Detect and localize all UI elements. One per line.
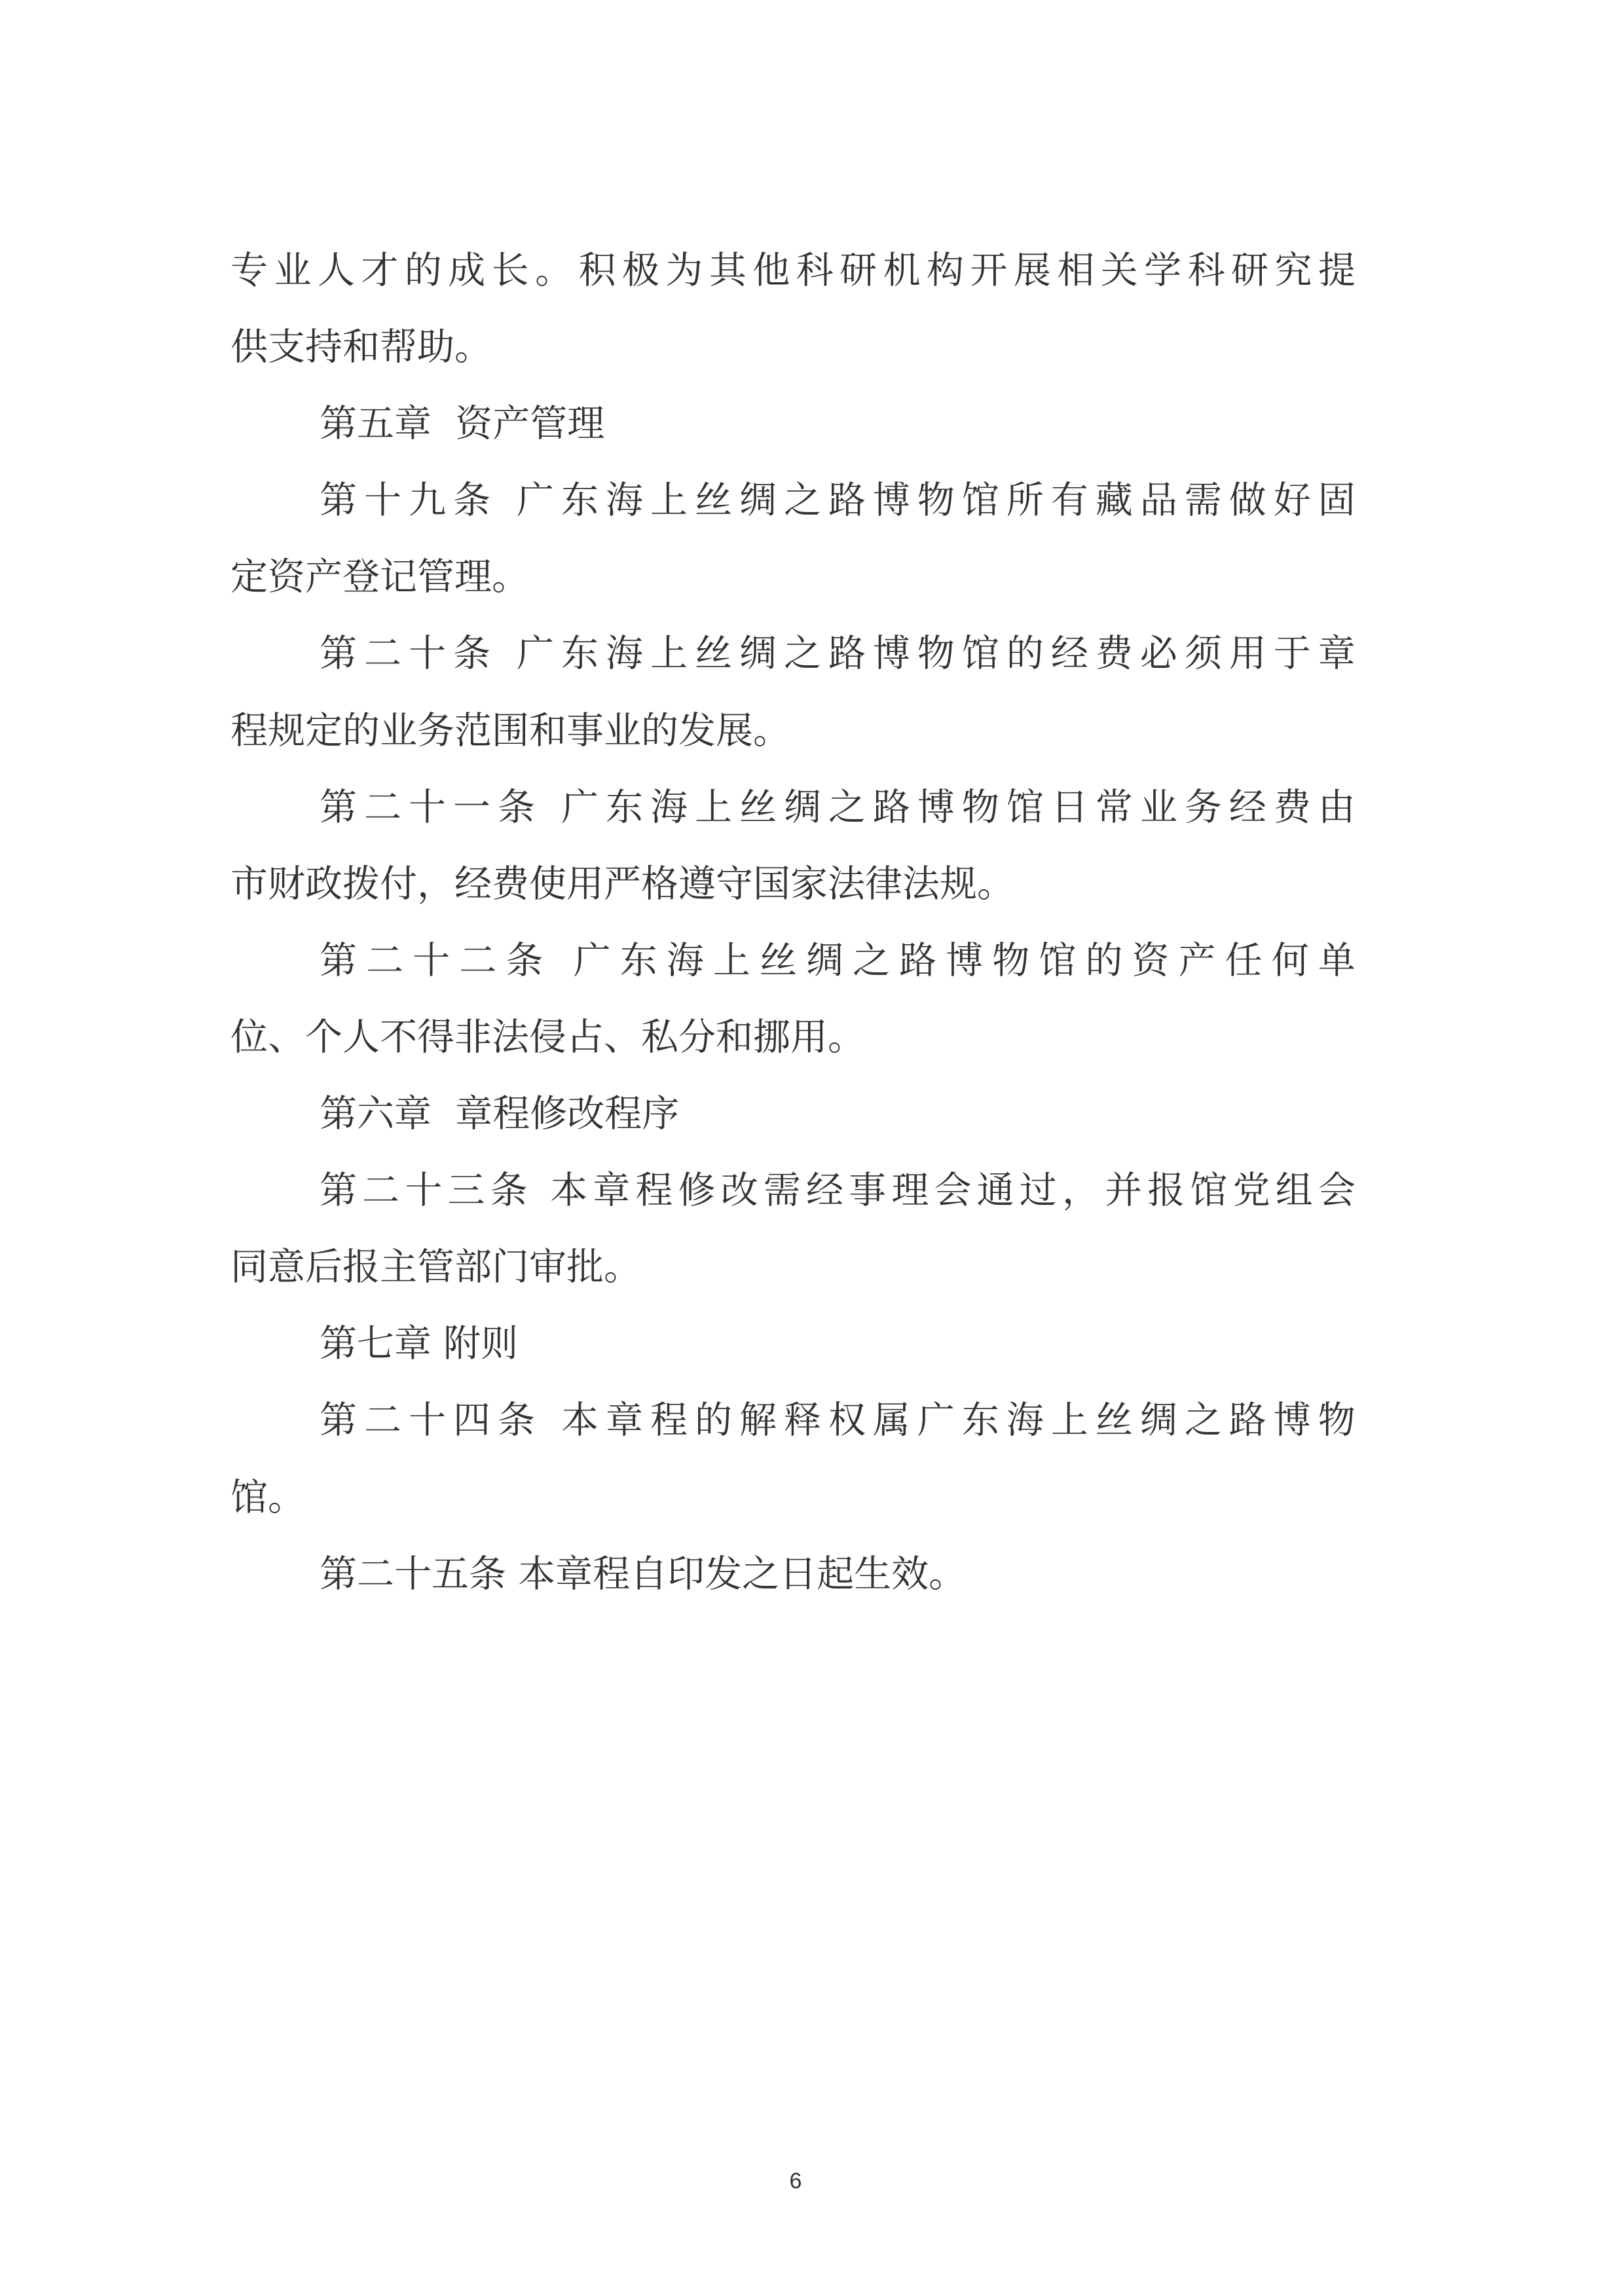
glyph (498, 473, 509, 550)
glyph: 并 (1105, 1164, 1142, 1240)
body-text: 专业人才的成长。积极为其他科研机构开展相关学科研究提 供支持和帮助。 第五章 资… (231, 244, 1356, 1624)
glyph: 丝 (1096, 1393, 1133, 1470)
glyph: 本 (561, 1393, 599, 1470)
glyph: 常 (1096, 780, 1133, 857)
glyph (533, 1164, 545, 1240)
glyph: 东 (620, 934, 657, 1010)
glyph: 章 (1318, 627, 1356, 703)
article-line: 第十九条 广东海上丝绸之路博物馆所有藏品需做好固 (231, 473, 1356, 550)
glyph: 博 (1274, 1393, 1311, 1470)
glyph: 二 (362, 1164, 399, 1240)
glyph: 学 (1144, 244, 1181, 320)
glyph: 相 (1057, 244, 1094, 320)
glyph: 路 (828, 473, 866, 550)
glyph: 博 (873, 473, 910, 550)
glyph: 博 (946, 934, 983, 1010)
glyph: 品 (1140, 473, 1177, 550)
glyph (542, 1393, 554, 1470)
glyph: 二 (459, 934, 496, 1010)
glyph: 报 (1147, 1164, 1185, 1240)
glyph: 九 (409, 473, 446, 550)
glyph: 第 (320, 780, 357, 857)
glyph: 路 (828, 627, 866, 703)
glyph: 海 (606, 473, 643, 550)
glyph: 。 (535, 244, 572, 320)
glyph: 章 (593, 1164, 630, 1240)
glyph: 为 (665, 244, 703, 320)
glyph: 关 (1101, 244, 1138, 320)
glyph: 本 (550, 1164, 587, 1240)
glyph: 博 (917, 780, 955, 857)
article-line: 第二十四条 本章程的解释权属广东海上丝绸之路博物 (231, 1393, 1356, 1470)
glyph: 其 (709, 244, 747, 320)
glyph: 物 (1318, 1393, 1356, 1470)
glyph: 第 (320, 934, 357, 1010)
glyph: 经 (806, 1164, 843, 1240)
glyph: 上 (650, 627, 688, 703)
chapter-heading: 第六章 章程修改程序 (231, 1087, 1356, 1164)
glyph: 藏 (1096, 473, 1133, 550)
glyph: 组 (1276, 1164, 1313, 1240)
glyph: 十 (413, 934, 450, 1010)
glyph: 固 (1318, 473, 1356, 550)
glyph: 十 (364, 473, 401, 550)
glyph: 条 (506, 934, 543, 1010)
document-page: 专业人才的成长。积极为其他科研机构开展相关学科研究提 供支持和帮助。 第五章 资… (0, 0, 1624, 2295)
glyph: 用 (1229, 627, 1266, 703)
glyph: 绸 (806, 934, 843, 1010)
glyph: 才 (361, 244, 398, 320)
glyph: 章 (606, 1393, 643, 1470)
glyph: 事 (849, 1164, 886, 1240)
glyph: 绸 (784, 780, 821, 857)
glyph: 馆 (1006, 780, 1044, 857)
glyph: 条 (498, 1393, 535, 1470)
glyph: 物 (917, 473, 955, 550)
glyph: 物 (917, 627, 955, 703)
glyph: 路 (873, 780, 910, 857)
glyph: 十 (409, 780, 446, 857)
glyph: 构 (927, 244, 964, 320)
glyph: 博 (873, 627, 910, 703)
glyph: 四 (453, 1393, 490, 1470)
glyph: 馆 (1039, 934, 1076, 1010)
glyph: 绸 (739, 627, 777, 703)
page-number: 6 (783, 2169, 809, 2194)
glyph: 成 (448, 244, 485, 320)
glyph: 必 (1140, 627, 1177, 703)
glyph: 之 (828, 780, 866, 857)
glyph: 须 (1185, 627, 1222, 703)
glyph: 日 (1051, 780, 1088, 857)
glyph: ， (1062, 1164, 1099, 1240)
glyph: 提 (1318, 244, 1356, 320)
glyph: 之 (784, 627, 821, 703)
glyph: 科 (1188, 244, 1225, 320)
glyph: 过 (1020, 1164, 1057, 1240)
glyph: 丝 (760, 934, 797, 1010)
glyph: 任 (1225, 934, 1263, 1010)
glyph: 条 (453, 473, 490, 550)
glyph: 何 (1272, 934, 1309, 1010)
glyph: 长 (492, 244, 529, 320)
glyph: 物 (962, 780, 999, 857)
glyph: 做 (1229, 473, 1266, 550)
glyph: 业 (274, 244, 311, 320)
text-line: 同意后报主管部门审批。 (231, 1240, 1356, 1317)
glyph: 第 (320, 1393, 357, 1470)
glyph: 海 (606, 627, 643, 703)
text-line: 专业人才的成长。积极为其他科研机构开展相关学科研究提 (231, 244, 1356, 320)
glyph: 条 (498, 780, 535, 857)
glyph: 上 (695, 780, 732, 857)
glyph: 广 (917, 1393, 955, 1470)
glyph (552, 934, 564, 1010)
glyph: 需 (1185, 473, 1222, 550)
glyph: 二 (364, 627, 401, 703)
glyph: 第 (320, 473, 357, 550)
glyph: 通 (977, 1164, 1014, 1240)
glyph: 馆 (962, 473, 999, 550)
glyph: 十 (409, 627, 446, 703)
glyph: 的 (695, 1393, 732, 1470)
glyph: 机 (883, 244, 921, 320)
glyph: 人 (318, 244, 355, 320)
glyph: 广 (517, 473, 554, 550)
glyph: 广 (561, 780, 599, 857)
glyph: 馆 (1190, 1164, 1227, 1240)
glyph: 十 (405, 1164, 442, 1240)
glyph: 海 (667, 934, 704, 1010)
glyph: 海 (1006, 1393, 1044, 1470)
glyph: 究 (1275, 244, 1312, 320)
glyph: 开 (970, 244, 1007, 320)
text-line: 位、个人不得非法侵占、私分和挪用。 (231, 1010, 1356, 1087)
glyph: 属 (873, 1393, 910, 1470)
glyph: 经 (1051, 627, 1088, 703)
text-line: 市财政拨付，经费使用严格遵守国家法律法规。 (231, 857, 1356, 934)
glyph: 上 (713, 934, 750, 1010)
glyph: 好 (1274, 473, 1311, 550)
glyph: 广 (574, 934, 611, 1010)
glyph: 二 (366, 934, 403, 1010)
glyph: 上 (650, 473, 688, 550)
glyph: 会 (1318, 1164, 1356, 1240)
glyph: 经 (1229, 780, 1266, 857)
glyph: 路 (899, 934, 936, 1010)
glyph: 资 (1132, 934, 1170, 1010)
glyph: 绸 (1140, 1393, 1177, 1470)
glyph: 有 (1051, 473, 1088, 550)
glyph: 极 (622, 244, 659, 320)
glyph: 三 (447, 1164, 485, 1240)
glyph: 绸 (739, 473, 777, 550)
glyph: 的 (1085, 934, 1122, 1010)
glyph: 二 (364, 1393, 401, 1470)
article-line: 第二十一条 广东海上丝绸之路博物馆日常业务经费由 (231, 780, 1356, 857)
glyph (498, 627, 509, 703)
glyph: 费 (1096, 627, 1133, 703)
glyph: 费 (1274, 780, 1311, 857)
article-line: 第二十三条 本章程修改需经事理会通过，并报馆党组会 (231, 1164, 1356, 1240)
glyph: 之 (1185, 1393, 1222, 1470)
glyph: 科 (796, 244, 834, 320)
chapter-heading: 第七章 附则 (231, 1317, 1356, 1393)
glyph: 程 (650, 1393, 688, 1470)
glyph: 释 (784, 1393, 821, 1470)
glyph: 上 (1051, 1393, 1088, 1470)
glyph: 所 (1006, 473, 1044, 550)
glyph: 改 (721, 1164, 758, 1240)
text-line: 供支持和帮助。 (231, 320, 1356, 397)
glyph: 程 (635, 1164, 673, 1240)
glyph: 产 (1179, 934, 1216, 1010)
glyph: 之 (784, 473, 821, 550)
glyph: 单 (1318, 934, 1356, 1010)
glyph: 会 (934, 1164, 971, 1240)
glyph: 权 (828, 1393, 866, 1470)
glyph (542, 780, 554, 857)
glyph: 东 (962, 1393, 999, 1470)
glyph: 理 (891, 1164, 929, 1240)
glyph: 于 (1274, 627, 1311, 703)
glyph: 党 (1233, 1164, 1270, 1240)
glyph: 专 (231, 244, 268, 320)
glyph: 研 (840, 244, 877, 320)
glyph: 丝 (739, 780, 777, 857)
glyph: 馆 (962, 627, 999, 703)
glyph: 研 (1231, 244, 1268, 320)
glyph: 修 (678, 1164, 716, 1240)
article-line: 第二十条 广东海上丝绸之路博物馆的经费必须用于章 (231, 627, 1356, 703)
glyph: 条 (490, 1164, 528, 1240)
glyph: 务 (1185, 780, 1222, 857)
glyph: 物 (992, 934, 1029, 1010)
text-line: 程规定的业务范围和事业的发展。 (231, 704, 1356, 780)
glyph: 积 (579, 244, 616, 320)
glyph: 业 (1140, 780, 1177, 857)
glyph: 的 (1006, 627, 1044, 703)
glyph: 第 (320, 627, 357, 703)
chapter-heading: 第五章 资产管理 (231, 397, 1356, 473)
glyph: 由 (1318, 780, 1356, 857)
glyph: 东 (561, 473, 599, 550)
article-line: 第二十二条 广东海上丝绸之路博物馆的资产任何单 (231, 934, 1356, 1010)
text-line: 馆。 (231, 1471, 1356, 1547)
glyph: 丝 (695, 627, 732, 703)
glyph: 之 (853, 934, 890, 1010)
article-line: 第二十五条 本章程自印发之日起生效。 (231, 1547, 1356, 1624)
glyph: 路 (1229, 1393, 1266, 1470)
glyph: 东 (606, 780, 643, 857)
glyph: 广 (517, 627, 554, 703)
glyph: 十 (409, 1393, 446, 1470)
glyph: 丝 (695, 473, 732, 550)
glyph: 条 (453, 627, 490, 703)
glyph: 东 (561, 627, 599, 703)
text-line: 定资产登记管理。 (231, 550, 1356, 627)
glyph: 海 (650, 780, 688, 857)
glyph: 一 (453, 780, 490, 857)
glyph: 解 (739, 1393, 777, 1470)
glyph: 需 (764, 1164, 801, 1240)
glyph: 他 (752, 244, 790, 320)
glyph: 展 (1014, 244, 1051, 320)
glyph: 第 (320, 1164, 357, 1240)
glyph: 的 (405, 244, 442, 320)
glyph: 二 (364, 780, 401, 857)
